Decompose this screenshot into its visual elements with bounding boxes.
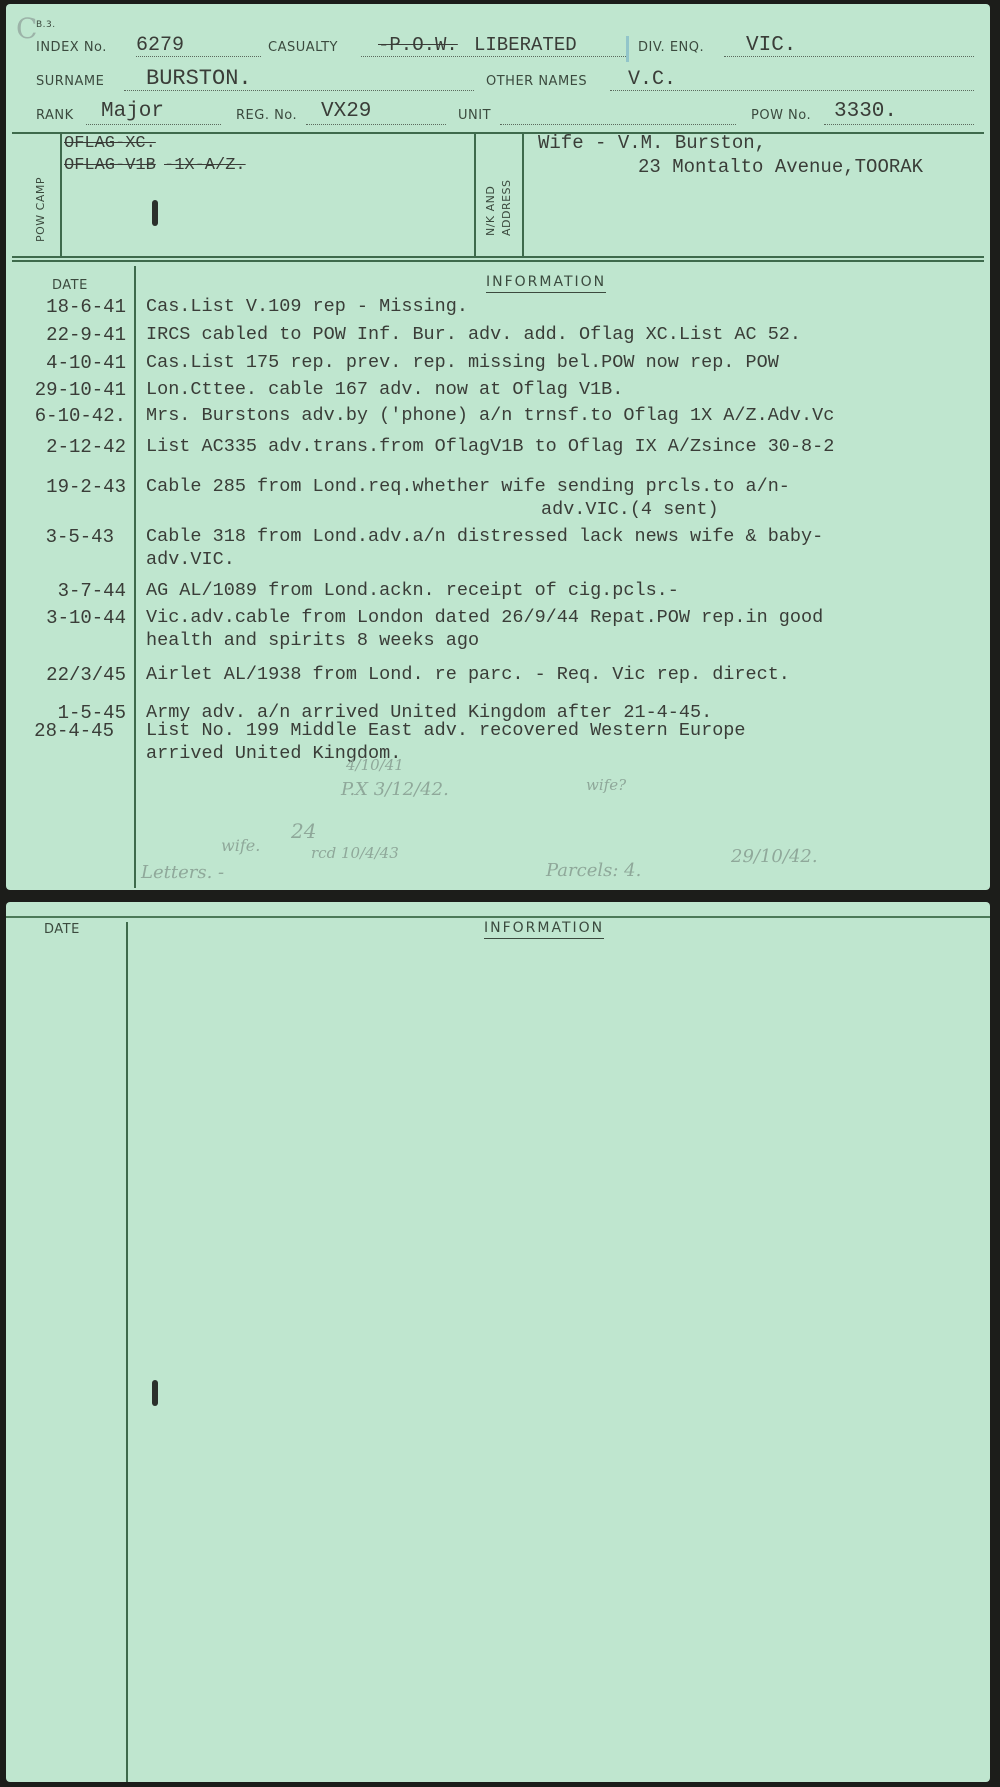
surname-label: SURNAME [36, 74, 104, 89]
index-no-label: INDEX No. [36, 40, 107, 55]
back-information-header: INFORMATION [484, 920, 604, 939]
log-entry-info: List No. 199 Middle East adv. recovered … [146, 720, 746, 741]
handwritten-note: 29/10/42. [731, 846, 818, 867]
corner-mark: C [16, 12, 37, 45]
rank-value: Major [101, 100, 164, 123]
pow-camp-line-2-struck: OFLAG-V1B [64, 156, 156, 175]
handwritten-note: P.X 3/12/42. [341, 779, 449, 800]
surname-value: BURSTON. [146, 66, 252, 91]
punch-hole-mark [152, 200, 158, 226]
punch-hole-mark [152, 1380, 158, 1406]
log-entry-date: 22/3/45 [6, 664, 126, 686]
reg-no-value: VX29 [321, 100, 371, 123]
nk-label-line1: N/K AND [484, 186, 497, 236]
pow-no-value: 3330. [834, 100, 897, 123]
log-entry-date: 3-5-43 [0, 526, 114, 548]
back-date-header: DATE [44, 922, 80, 937]
log-entry-info: adv.VIC. [146, 549, 235, 570]
log-entry-info: Mrs. Burstons adv.by ('phone) a/n trnsf.… [146, 405, 834, 426]
casualty-label: CASUALTY [268, 40, 338, 55]
log-entry-info: IRCS cabled to POW Inf. Bur. adv. add. O… [146, 324, 801, 345]
log-entry-date: 2-12-42 [6, 436, 126, 458]
date-header: DATE [52, 278, 88, 293]
log-entry-date: 28-4-45 [0, 720, 114, 742]
log-entry-info: Cable 318 from Lond.adv.a/n distressed l… [146, 526, 823, 547]
pow-camp-line-2: -1X-A/Z. [164, 156, 246, 175]
log-entry-date: 6-10-42. [6, 405, 126, 427]
handwritten-note: 24 [291, 819, 316, 843]
unit-label: UNIT [458, 108, 491, 123]
rank-label: RANK [36, 108, 74, 123]
handwritten-note: wife. [221, 836, 260, 855]
handwritten-note: wife? [586, 776, 626, 794]
record-card-back: DATE INFORMATION [6, 902, 990, 1782]
form-code: B.3. [36, 20, 56, 30]
log-entry-date: 22-9-41 [6, 324, 126, 346]
log-entry-info: Cas.List V.109 rep - Missing. [146, 296, 468, 317]
log-entry-info: Airlet AL/1938 from Lond. re parc. - Req… [146, 664, 790, 685]
log-entry-info: Lon.Cttee. cable 167 adv. now at Oflag V… [146, 379, 623, 400]
nk-address-line-1: Wife - V.M. Burston, [538, 132, 766, 154]
index-no-value: 6279 [136, 34, 184, 57]
casualty-value: LIBERATED [474, 34, 577, 56]
log-entry-date: 29-10-41 [6, 379, 126, 401]
record-card-front: C B.3. INDEX No. 6279 CASUALTY -P.O.W. L… [6, 4, 990, 890]
pow-camp-line-1-struck: OFLAG-XC. [64, 134, 156, 153]
other-names-value: V.C. [628, 68, 676, 91]
log-entry-info: AG AL/1089 from Lond.ackn. receipt of ci… [146, 580, 679, 601]
log-entry-info: health and spirits 8 weeks ago [146, 630, 479, 651]
log-entry-info: List AC335 adv.trans.from OflagV1B to Of… [146, 436, 834, 457]
div-enq-value: VIC. [746, 34, 796, 57]
nk-label-line2: ADDRESS [500, 179, 513, 236]
log-entry-date: 3-7-44 [6, 580, 126, 602]
reg-no-label: REG. No. [236, 108, 297, 123]
pow-camp-label: POW CAMP [34, 177, 47, 242]
handwritten-note: Letters. - [141, 862, 224, 883]
other-names-label: OTHER NAMES [486, 74, 587, 89]
log-entry-date: 3-10-44 [6, 607, 126, 629]
log-entry-date: 19-2-43 [6, 476, 126, 498]
div-enq-label: DIV. ENQ. [638, 40, 704, 55]
log-entry-date: 4-10-41 [6, 352, 126, 374]
nk-address-line-2: 23 Montalto Avenue,TOORAK [638, 156, 923, 178]
log-entry-info: adv.VIC.(4 sent) [541, 499, 719, 520]
handwritten-note: rcd 10/4/43 [311, 844, 399, 862]
information-header: INFORMATION [486, 274, 606, 293]
log-entry-info: Cas.List 175 rep. prev. rep. missing bel… [146, 352, 779, 373]
handwritten-note: Parcels: 4. [546, 860, 641, 881]
log-entry-info: Vic.adv.cable from London dated 26/9/44 … [146, 607, 823, 628]
pow-no-label: POW No. [751, 108, 811, 123]
casualty-struck-value: -P.O.W. [378, 34, 458, 56]
log-entry-info: Cable 285 from Lond.req.whether wife sen… [146, 476, 790, 497]
log-entry-date: 18-6-41 [6, 296, 126, 318]
handwritten-note: 4/10/41 [346, 756, 404, 774]
